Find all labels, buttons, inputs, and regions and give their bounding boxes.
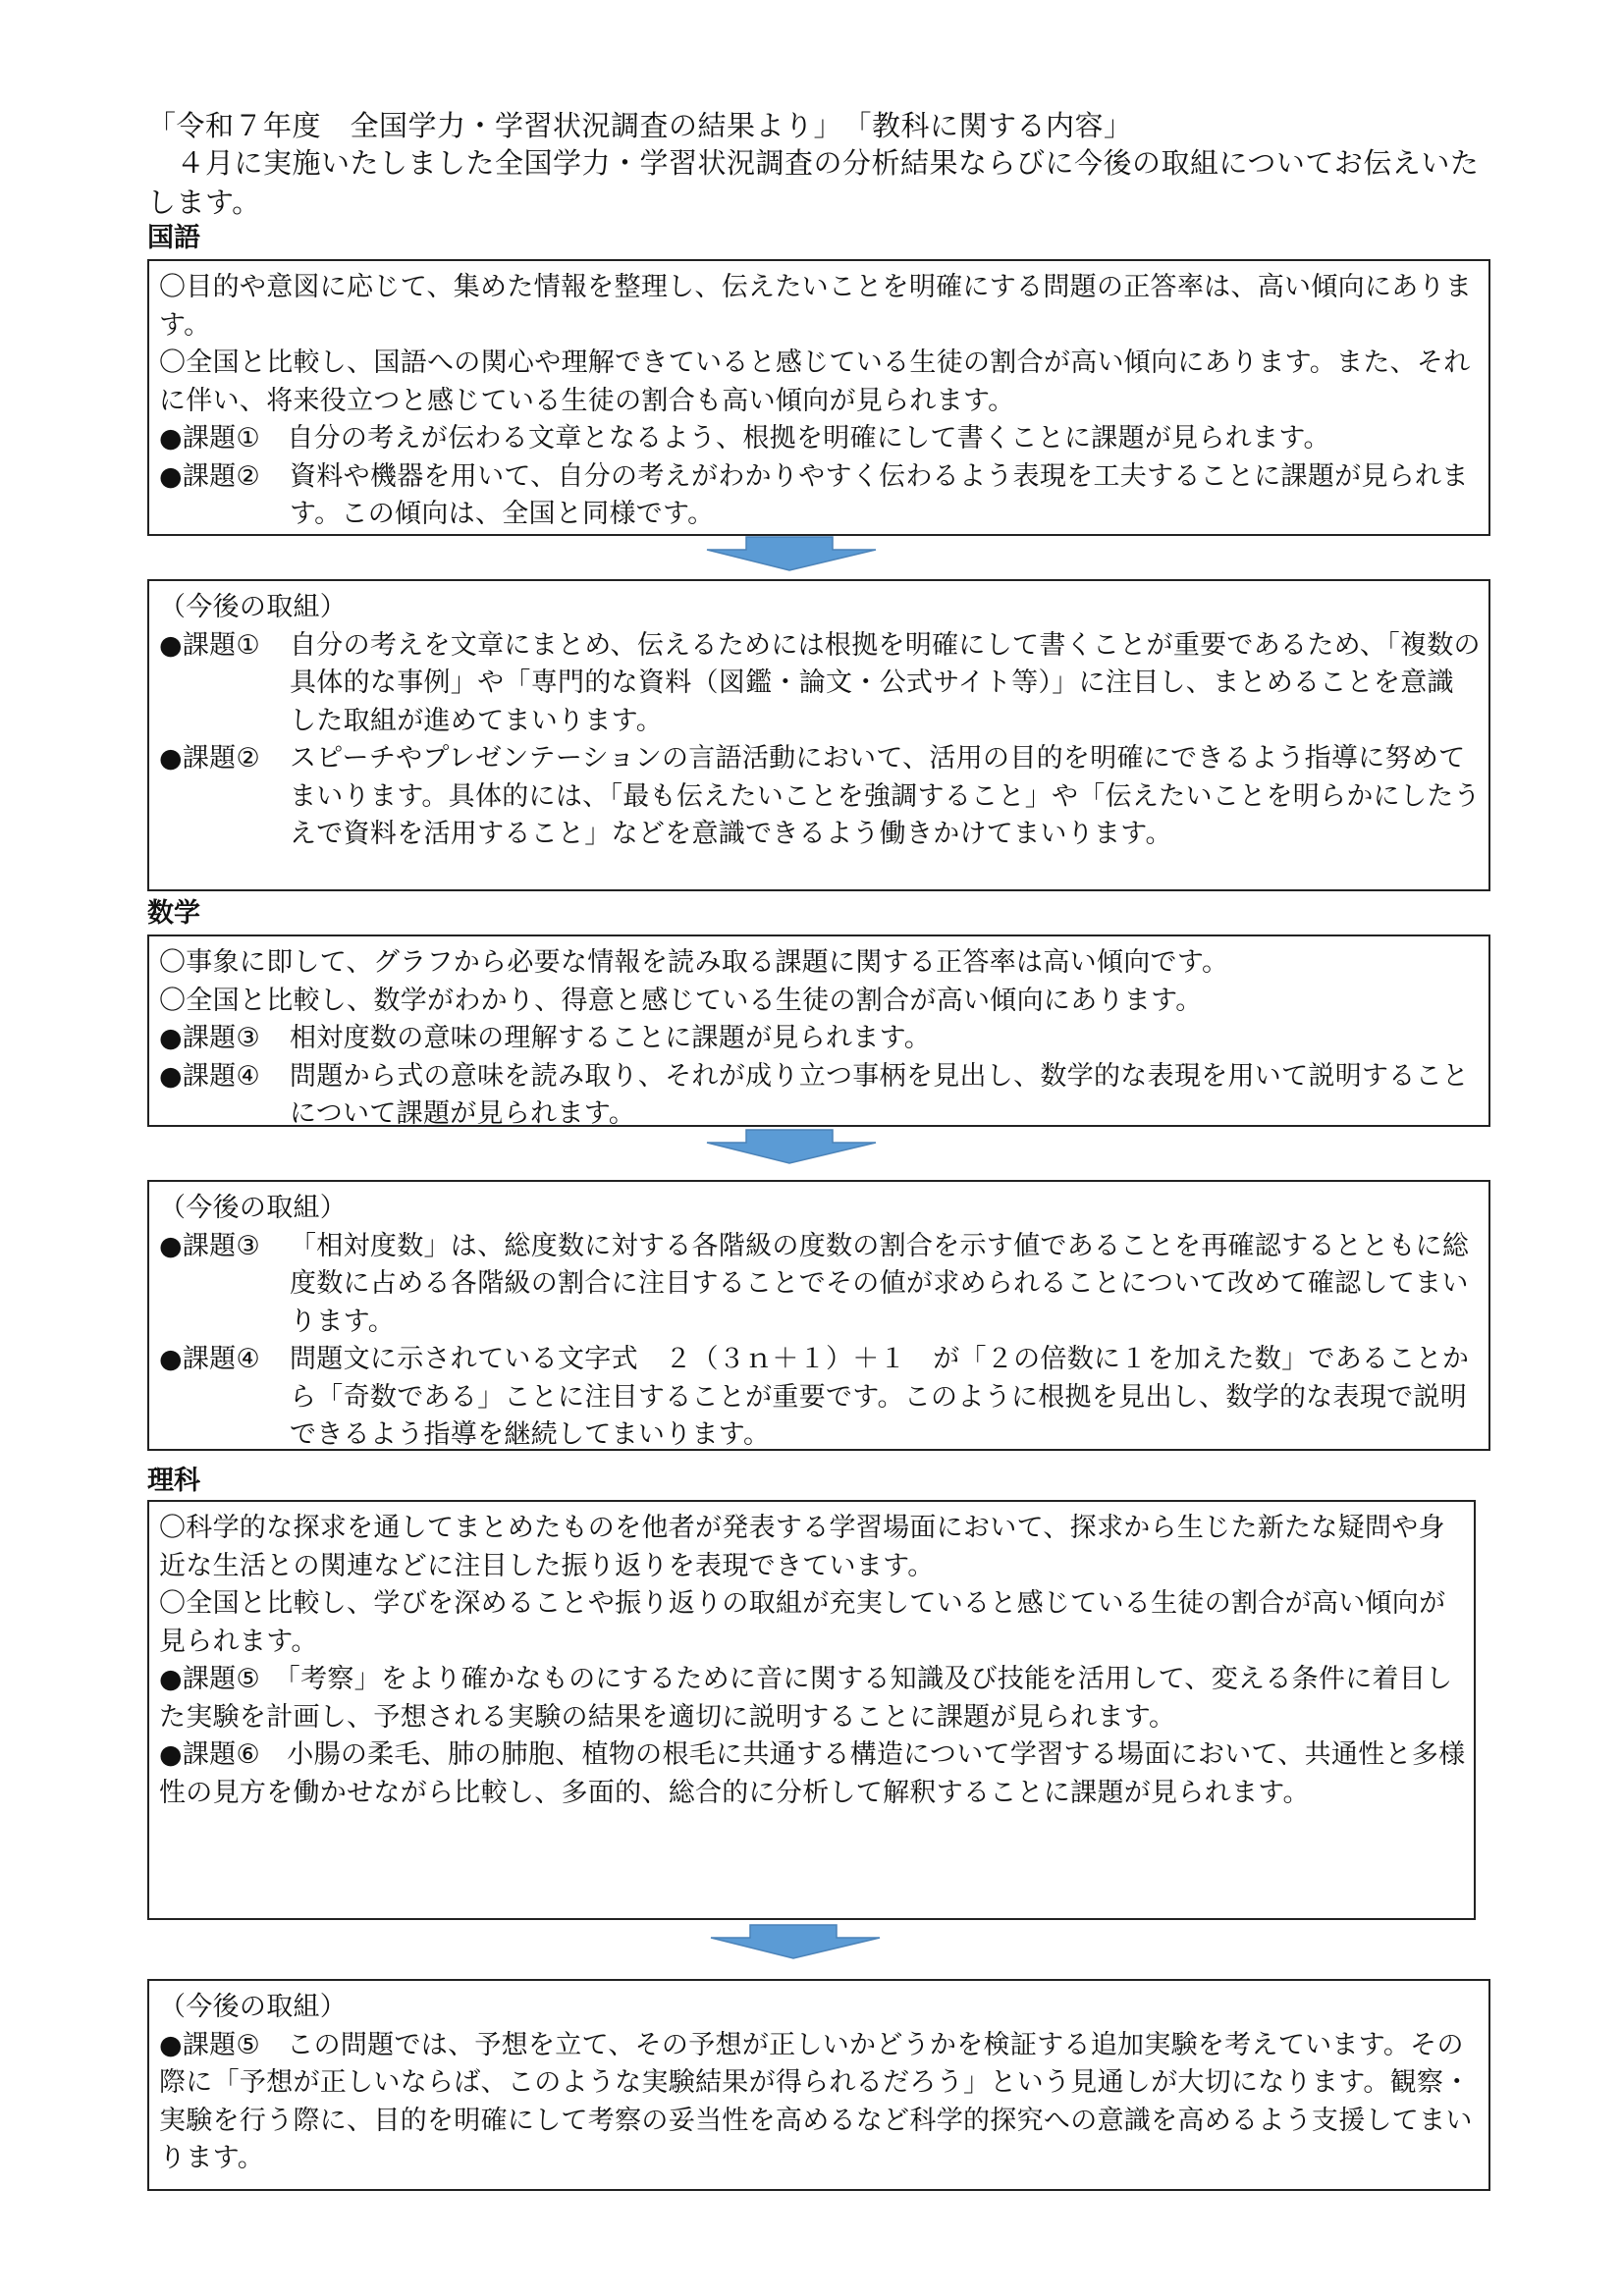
issue-label: ●課題⑤ (159, 2030, 287, 2060)
issue-label: ●課題⑤ (159, 1664, 287, 1694)
future-item: ●課題② スピーチやプレゼンテーションの言語活動において、活用の目的を明確にでき… (159, 740, 1481, 854)
section-heading-japanese: 国語 (147, 222, 200, 255)
issue-item: ●課題③ 相対度数の意味の理解することに課題が見られます。 (159, 1020, 1481, 1058)
issue-label: ●課題③ (159, 1020, 290, 1058)
page-title: 「令和７年度 全国学力・学習状況調査の結果より」 「教科に関する内容」 (147, 106, 1522, 145)
issue-label: ●課題① (159, 420, 287, 458)
issue-label: ●課題④ (159, 1341, 290, 1455)
issue-item: ●課題② 資料や機器を用いて、自分の考えがわかりやすく伝わるよう表現を工夫するこ… (159, 458, 1481, 534)
math-results-box: 〇事象に即して、グラフから必要な情報を読み取る課題に関する正答率は高い傾向です。… (147, 934, 1490, 1127)
result-point: 〇科学的な探求を通してまとめたものを他者が発表する学習場面において、探求から生じ… (159, 1510, 1466, 1585)
section-heading-science: 理科 (147, 1465, 200, 1498)
issue-text: 相対度数の意味の理解することに課題が見られます。 (290, 1020, 1481, 1058)
section-heading-math: 数学 (147, 897, 200, 931)
japanese-results-box: 〇目的や意図に応じて、集めた情報を整理し、伝えたいことを明確にする問題の正答率は… (147, 259, 1490, 536)
future-text: スピーチやプレゼンテーションの言語活動において、活用の目的を明確にできるよう指導… (290, 740, 1481, 854)
future-heading: （今後の取組） (159, 589, 1481, 627)
future-item: ●課題③ 「相対度数」は、総度数に対する各階級の度数の割合を示す値であることを再… (159, 1228, 1481, 1342)
future-text: 自分の考えを文章にまとめ、伝えるためには根拠を明確にして書くことが重要であるため… (290, 627, 1481, 741)
down-arrow-icon (703, 536, 880, 571)
japanese-future-box: （今後の取組） ●課題① 自分の考えを文章にまとめ、伝えるためには根拠を明確にし… (147, 579, 1490, 891)
issue-text: 自分の考えが伝わる文章となるよう、根拠を明確にして書くことに課題が見られます。 (287, 420, 1481, 458)
issue-item: ●課題④ 問題から式の意味を読み取り、それが成り立つ事柄を見出し、数学的な表現を… (159, 1058, 1481, 1134)
issue-label: ●課題④ (159, 1058, 290, 1134)
issue-label: ●課題① (159, 627, 290, 741)
document-page: 「令和７年度 全国学力・学習状況調査の結果より」 「教科に関する内容」 ４月に実… (0, 0, 1623, 2296)
issue-item: ●課題⑤ 「考察」をより確かなものにするために音に関する知識及び技能を活用して、… (159, 1661, 1466, 1736)
issue-text: 資料や機器を用いて、自分の考えがわかりやすく伝わるよう表現を工夫することに課題が… (290, 458, 1481, 534)
result-point: 〇全国と比較し、国語への関心や理解できていると感じている生徒の割合が高い傾向にあ… (159, 345, 1481, 420)
issue-label: ●課題⑥ (159, 1739, 287, 1770)
issue-label: ●課題② (159, 458, 290, 534)
issue-text: 「考察」をより確かなものにするために音に関する知識及び技能を活用して、変える条件… (159, 1664, 1452, 1733)
issue-item: ●課題⑥ 小腸の柔毛、肺の肺胞、植物の根毛に共通する構造について学習する場面にお… (159, 1736, 1466, 1812)
issue-label: ●課題② (159, 740, 290, 854)
future-heading: （今後の取組） (159, 1190, 1481, 1228)
result-point: 〇全国と比較し、数学がわかり、得意と感じている生徒の割合が高い傾向にあります。 (159, 983, 1481, 1021)
science-future-box: （今後の取組） ●課題⑤ この問題では、予想を立て、その予想が正しいかどうかを検… (147, 1979, 1490, 2191)
future-item: ●課題① 自分の考えを文章にまとめ、伝えるためには根拠を明確にして書くことが重要… (159, 627, 1481, 741)
future-text: 「相対度数」は、総度数に対する各階級の度数の割合を示す値であることを再確認すると… (290, 1228, 1481, 1342)
intro-paragraph: ４月に実施いたしました全国学力・学習状況調査の分析結果ならびに今後の取組について… (147, 143, 1492, 222)
result-point: 〇目的や意図に応じて、集めた情報を整理し、伝えたいことを明確にする問題の正答率は… (159, 269, 1481, 345)
issue-text: 問題から式の意味を読み取り、それが成り立つ事柄を見出し、数学的な表現を用いて説明… (290, 1058, 1481, 1134)
issue-text: 小腸の柔毛、肺の肺胞、植物の根毛に共通する構造について学習する場面において、共通… (159, 1739, 1465, 1808)
issue-label: ●課題③ (159, 1228, 290, 1342)
math-future-box: （今後の取組） ●課題③ 「相対度数」は、総度数に対する各階級の度数の割合を示す… (147, 1180, 1490, 1451)
future-text: 問題文に示されている文字式 ２（３ｎ＋１）＋１ が「２の倍数に１を加えた数」であ… (290, 1341, 1481, 1455)
result-point: 〇全国と比較し、学びを深めることや振り返りの取組が充実していると感じている生徒の… (159, 1585, 1466, 1661)
future-item: ●課題⑤ この問題では、予想を立て、その予想が正しいかどうかを検証する追加実験を… (159, 2027, 1481, 2178)
issue-item: ●課題① 自分の考えが伝わる文章となるよう、根拠を明確にして書くことに課題が見ら… (159, 420, 1481, 458)
science-results-box: 〇科学的な探求を通してまとめたものを他者が発表する学習場面において、探求から生じ… (147, 1500, 1476, 1920)
future-item: ●課題④ 問題文に示されている文字式 ２（３ｎ＋１）＋１ が「２の倍数に１を加え… (159, 1341, 1481, 1455)
result-point: 〇事象に即して、グラフから必要な情報を読み取る課題に関する正答率は高い傾向です。 (159, 944, 1481, 983)
down-arrow-icon (707, 1924, 884, 1959)
down-arrow-icon (703, 1129, 880, 1164)
future-heading: （今後の取組） (159, 1989, 1481, 2027)
future-text: この問題では、予想を立て、その予想が正しいかどうかを検証する追加実験を考えていま… (159, 2030, 1473, 2174)
